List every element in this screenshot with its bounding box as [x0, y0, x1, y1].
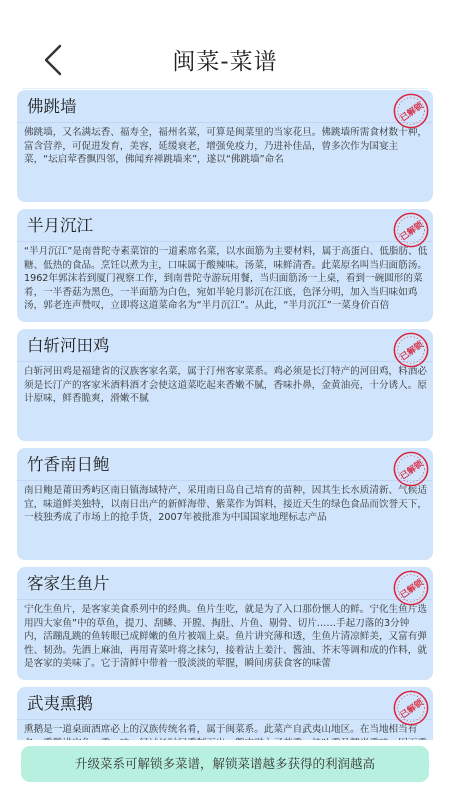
- page-title: 闽菜-菜谱: [0, 43, 450, 76]
- recipe-title: 白斩河田鸡: [27, 335, 110, 357]
- svg-text:已解锁: 已解锁: [398, 696, 426, 721]
- recipe-description: 佛跳墙，又名满坛香、福寿全，福州名菜，可算是闽菜里的当家花旦。佛跳墙所需食材数十…: [24, 126, 428, 167]
- card-divider: [17, 599, 433, 600]
- card-divider: [17, 361, 433, 362]
- recipe-description: 南日鲍是莆田秀屿区南日镇海域特产，采用南日岛自己培育的苗种，因其生长水质清新、气…: [24, 484, 428, 525]
- card-divider: [17, 480, 433, 481]
- recipe-card[interactable]: 白斩河田鸡 白斩河田鸡是福建省的汉族客家名菜，属于汀州客家菜系。鸡必须是长汀特产…: [17, 329, 433, 441]
- recipe-title: 半月沉江: [27, 215, 93, 237]
- recipe-card[interactable]: 佛跳墙 佛跳墙，又名满坛香、福寿全，福州名菜，可算是闽菜里的当家花旦。佛跳墙所需…: [17, 90, 433, 202]
- unlocked-stamp-icon: 已解锁: [392, 569, 430, 607]
- unlocked-stamp-icon: 已解锁: [392, 331, 430, 369]
- card-divider: [17, 241, 433, 242]
- svg-text:已解锁: 已解锁: [398, 576, 426, 601]
- card-divider: [17, 719, 433, 720]
- unlocked-stamp-icon: 已解锁: [392, 689, 430, 727]
- recipe-list[interactable]: 佛跳墙 佛跳墙，又名满坛香、福寿全，福州名菜，可算是闽菜里的当家花旦。佛跳墙所需…: [17, 90, 433, 740]
- recipe-description: “半月沉江”是南普陀寺素菜馆的一道素席名菜，以水面筋为主要材料，属于高蛋白、低脂…: [24, 245, 428, 313]
- recipe-card[interactable]: 竹香南日鲍 南日鲍是莆田秀屿区南日镇海域特产，采用南日岛自己培育的苗种，因其生长…: [17, 448, 433, 560]
- unlocked-stamp-icon: 已解锁: [392, 211, 430, 249]
- recipe-description: 宁化生鱼片，是客家美食系列中的经典。鱼片生吃，就是为了入口那份惬人的鲜。宁化生鱼…: [24, 603, 428, 671]
- unlocked-stamp-icon: 已解锁: [392, 92, 430, 130]
- recipe-description: 白斩河田鸡是福建省的汉族客家名菜，属于汀州客家菜系。鸡必须是长汀特产的河田鸡，料…: [24, 365, 428, 406]
- card-divider: [17, 122, 433, 123]
- recipe-card[interactable]: 半月沉江 “半月沉江”是南普陀寺素菜馆的一道素席名菜，以水面筋为主要材料，属于高…: [17, 209, 433, 322]
- recipe-title: 佛跳墙: [27, 96, 77, 118]
- svg-text:已解锁: 已解锁: [398, 457, 426, 482]
- svg-text:已解锁: 已解锁: [398, 338, 426, 363]
- header-divider: [22, 88, 428, 89]
- svg-text:已解锁: 已解锁: [398, 99, 426, 124]
- recipe-card[interactable]: 武夷熏鹅 熏鹅是一道桌面酒席必上的汉族传统名肴，属于闽菜系。此菜产自武夷山地区。…: [17, 687, 433, 740]
- header-bar: 闽菜-菜谱: [0, 0, 450, 90]
- upgrade-tip-banner: 升级菜系可解锁多菜谱，解锁菜谱越多获得的利润越高: [21, 746, 429, 782]
- recipe-card[interactable]: 客家生鱼片 宁化生鱼片，是客家美食系列中的经典。鱼片生吃，就是为了入口那份惬人的…: [17, 567, 433, 680]
- recipe-title: 武夷熏鹅: [27, 693, 93, 715]
- svg-text:已解锁: 已解锁: [398, 218, 426, 243]
- recipe-title: 客家生鱼片: [27, 573, 110, 595]
- recipe-title: 竹香南日鲍: [27, 454, 110, 476]
- recipe-description: 熏鹅是一道桌面酒席必上的汉族传统名肴，属于闽菜系。此菜产自武夷山地区。在当地相当…: [24, 723, 428, 740]
- unlocked-stamp-icon: 已解锁: [392, 450, 430, 488]
